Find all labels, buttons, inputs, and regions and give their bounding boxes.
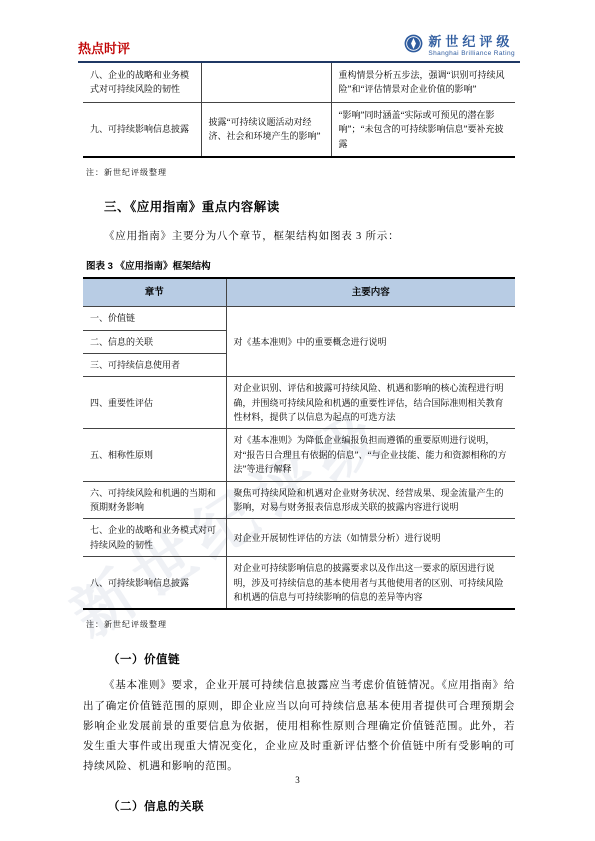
cell-middle — [201, 63, 331, 102]
table-header-row: 章节 主要内容 — [83, 278, 515, 307]
page-number: 3 — [0, 775, 595, 785]
cell-content: 聚焦可持续风险和机遇对企业财务状况、经营成果、现金流量产生的影响，对易与财务报表… — [226, 481, 515, 519]
subsection-paragraph-1: 《基本准则》要求，企业开展可持续信息披露应当考虑价值链情况。《应用指南》给出了确… — [83, 676, 515, 777]
table-row: 一、价值链 对《基本准则》中的重要概念进行说明 — [83, 307, 515, 330]
brand-logo: 新世纪评级 Shanghai Brilliance Rating — [404, 34, 515, 59]
cell-chapter: 三、可持续信息使用者 — [83, 353, 226, 376]
cell-content: 对企业开展韧性评估的方法（如情景分析）进行说明 — [226, 519, 515, 557]
cell-detail: “影响”同时涵盖“实际或可预见的潜在影响”；“未包含的可持续影响信息”要补充披露 — [331, 102, 515, 157]
brand-name-en: Shanghai Brilliance Rating — [428, 50, 515, 57]
source-note: 注：新世纪评级整理 — [86, 619, 515, 630]
brand-logo-text: 新世纪评级 Shanghai Brilliance Rating — [428, 35, 515, 56]
page-header: 热点时评 新世纪评级 Shanghai Brilliance Rating — [78, 34, 515, 59]
table-row: 六、可持续风险和机遇的当期和预期财务影响 聚焦可持续风险和机遇对企业财务状况、经… — [83, 481, 515, 519]
document-page: 新世纪评级 热点时评 新世纪评级 Shanghai Brilliance Rat… — [0, 0, 595, 841]
brand-logo-icon — [404, 34, 423, 58]
cell-content: 对企业可持续影响信息的披露要求以及作出这一要求的原因进行说明，涉及可持续信息的基… — [226, 557, 515, 610]
column-label: 热点时评 — [78, 38, 130, 59]
table-row: 八、企业的战略和业务模式对可持续风险的韧性 重构情景分析五步法，强调“识别可持续… — [83, 63, 515, 102]
cell-content-merged: 对《基本准则》中的重要概念进行说明 — [226, 307, 515, 377]
cell-chapter: 四、重要性评估 — [83, 377, 226, 429]
cell-middle: 披露“可持续议题活动对经济、社会和环境产生的影响” — [201, 102, 331, 157]
carryover-table: 八、企业的战略和业务模式对可持续风险的韧性 重构情景分析五步法，强调“识别可持续… — [83, 63, 515, 158]
cell-chapter: 五、相称性原则 — [83, 429, 226, 481]
cell-detail: 重构情景分析五步法，强调“识别可持续风险”和“评估情景对企业价值的影响” — [331, 63, 515, 102]
cell-chapter: 一、价值链 — [83, 307, 226, 330]
col-header-content: 主要内容 — [226, 278, 515, 307]
table-row: 七、企业的战略和业务模式对可持续风险的韧性 对企业开展韧性评估的方法（如情景分析… — [83, 519, 515, 557]
figure-caption: 图表 3 《应用指南》框架结构 — [86, 258, 515, 272]
brand-name-cn: 新世纪评级 — [428, 35, 515, 49]
cell-content: 对《基本准则》为降低企业编报负担而遵循的重要原则进行说明，对“报告日合理且有依据… — [226, 429, 515, 481]
cell-chapter: 二、信息的关联 — [83, 330, 226, 353]
table-row: 八、可持续影响信息披露 对企业可持续影响信息的披露要求以及作出这一要求的原因进行… — [83, 557, 515, 610]
subsection-heading-1: （一）价值链 — [108, 651, 515, 667]
col-header-chapter: 章节 — [83, 278, 226, 307]
cell-chapter: 八、可持续影响信息披露 — [83, 557, 226, 610]
table-row: 九、可持续影响信息披露 披露“可持续议题活动对经济、社会和环境产生的影响” “影… — [83, 102, 515, 157]
cell-chapter: 九、可持续影响信息披露 — [83, 102, 201, 157]
cell-content: 对企业识别、评估和披露可持续风险、机遇和影响的核心流程进行明确，并围绕可持续风险… — [226, 377, 515, 429]
cell-chapter: 七、企业的战略和业务模式对可持续风险的韧性 — [83, 519, 226, 557]
figure3-table: 章节 主要内容 一、价值链 对《基本准则》中的重要概念进行说明 二、信息的关联 … — [83, 277, 515, 610]
cell-chapter: 六、可持续风险和机遇的当期和预期财务影响 — [83, 481, 226, 519]
page-content: 热点时评 新世纪评级 Shanghai Brilliance Rating — [83, 34, 515, 814]
section-intro: 《应用指南》主要分为八个章节，框架结构如图表 3 所示： — [83, 228, 515, 243]
source-note: 注：新世纪评级整理 — [86, 167, 515, 178]
cell-chapter: 八、企业的战略和业务模式对可持续风险的韧性 — [83, 63, 201, 102]
subsection-heading-2: （二）信息的关联 — [108, 798, 515, 814]
table-row: 五、相称性原则 对《基本准则》为降低企业编报负担而遵循的重要原则进行说明，对“报… — [83, 429, 515, 481]
section-heading: 三、《应用指南》重点内容解读 — [104, 197, 515, 215]
table-row: 四、重要性评估 对企业识别、评估和披露可持续风险、机遇和影响的核心流程进行明确，… — [83, 377, 515, 429]
